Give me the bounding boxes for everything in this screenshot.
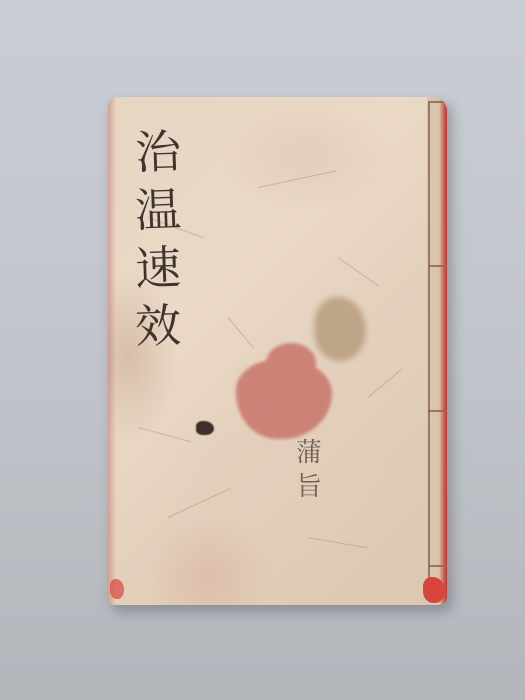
- red-corner-bottom-right: [423, 577, 445, 603]
- paper-fiber: [308, 537, 367, 548]
- paper-fiber: [168, 487, 232, 517]
- binding-stitch: [428, 565, 447, 567]
- ink-blot: [196, 421, 214, 435]
- spine-edge: [427, 97, 447, 605]
- paper-fiber: [368, 368, 403, 398]
- paper-fiber: [258, 170, 336, 188]
- binding-stitch: [428, 101, 447, 103]
- paper-fiber: [338, 257, 380, 286]
- binding-stitch: [428, 265, 447, 267]
- binding-stitch: [428, 410, 447, 412]
- paper-fiber: [138, 427, 191, 442]
- brown-water-stain: [314, 297, 366, 361]
- note-char: 蒲: [296, 439, 322, 467]
- handwritten-note: 蒲 旨: [296, 439, 322, 501]
- red-corner-bottom-left: [110, 579, 124, 599]
- title-char: 治: [134, 126, 182, 178]
- paper-fiber: [228, 317, 254, 348]
- title-char: 效: [134, 300, 182, 352]
- book-title: 治 温 速 效: [130, 127, 186, 351]
- worn-left-edge: [108, 97, 116, 605]
- book-cover: 治 温 速 效 蒲 旨: [108, 97, 447, 605]
- title-char: 温: [134, 184, 182, 236]
- note-char: 旨: [296, 473, 322, 501]
- red-stain: [236, 359, 332, 439]
- binding-thread: [428, 103, 430, 599]
- title-char: 速: [134, 242, 182, 294]
